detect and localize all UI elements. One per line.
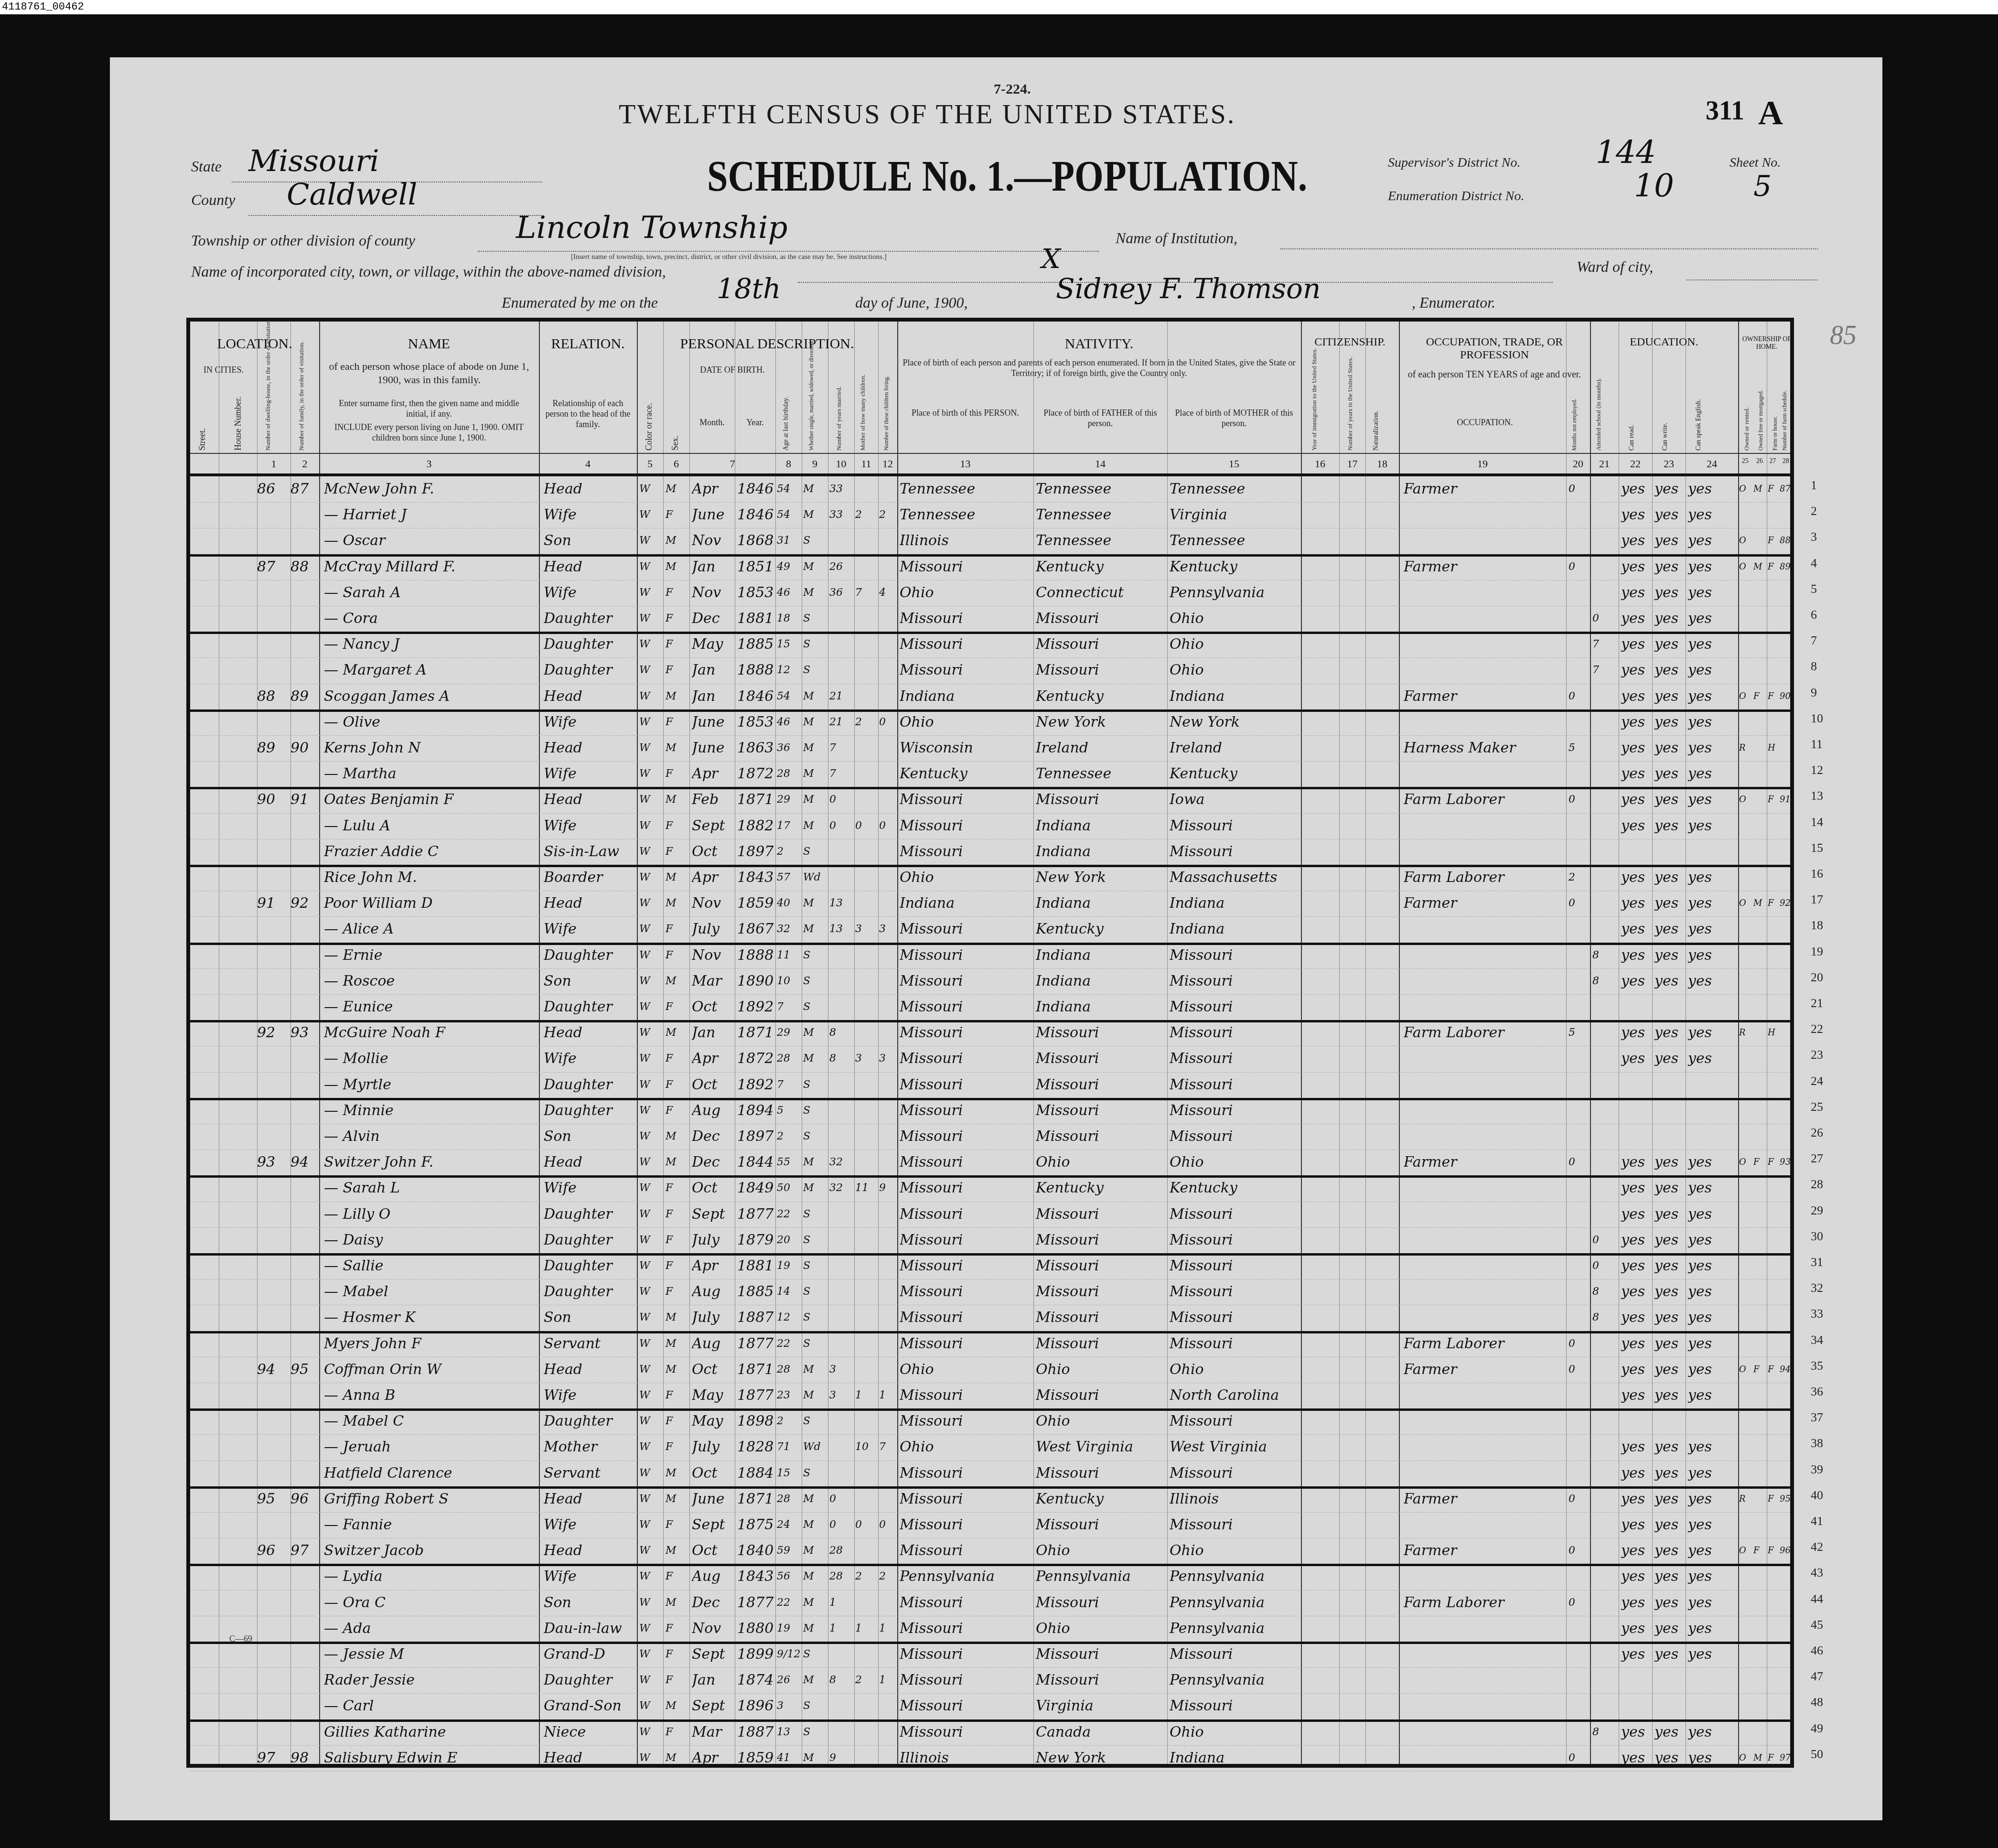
table-row: — SallieDaughterWFApr188119SMissouriMiss… xyxy=(190,1253,1790,1279)
cell-year: 1881 xyxy=(737,606,775,632)
cell-name: — Minnie xyxy=(324,1098,539,1124)
col-num-18: 18 xyxy=(1365,458,1399,470)
cell-color: W xyxy=(639,891,663,916)
line-number: 47 xyxy=(1811,1669,1823,1684)
cell-ms: S xyxy=(803,1408,828,1434)
cell-pb: Missouri xyxy=(900,1150,1033,1175)
cell-ms: S xyxy=(803,943,828,968)
cell-eng: yes xyxy=(1688,1227,1736,1253)
cell-fam: 89 xyxy=(290,684,319,709)
cell-sex: F xyxy=(666,502,689,528)
cell-write: yes xyxy=(1654,632,1686,657)
cell-occ: Farmer xyxy=(1404,554,1566,580)
cell-color: W xyxy=(639,994,663,1020)
cell-age: 23 xyxy=(777,1383,802,1408)
house-number-label: House Number. xyxy=(233,379,243,451)
cell-sex: F xyxy=(666,1512,689,1538)
cell-write: yes xyxy=(1654,1202,1686,1227)
form-number: 7-224. xyxy=(994,81,1031,97)
cell-name: — Mabel xyxy=(324,1279,539,1305)
cell-write: yes xyxy=(1654,865,1686,891)
col-num-13: 13 xyxy=(897,458,1033,470)
cell-write: yes xyxy=(1654,1564,1686,1590)
cell-occ: Farmer xyxy=(1404,891,1566,916)
cell-ms: Wd xyxy=(803,1434,828,1460)
cell-month: July xyxy=(692,916,735,942)
cell-mc: 1 xyxy=(855,1383,878,1408)
cell-rel: Son xyxy=(544,968,637,994)
cell-pb: Ohio xyxy=(900,1434,1033,1460)
line-number: 49 xyxy=(1811,1721,1823,1736)
col-num-12: 12 xyxy=(878,458,897,470)
cell-year: 1890 xyxy=(737,968,775,994)
cell-age: 29 xyxy=(777,787,802,813)
cell-age: 26 xyxy=(777,1667,802,1693)
cell-sex: M xyxy=(666,1357,689,1383)
cell-read: yes xyxy=(1621,1461,1652,1486)
cell-month: Aug xyxy=(692,1331,735,1357)
cell-fb: Tennessee xyxy=(1036,476,1167,502)
cell-fb: Missouri xyxy=(1036,632,1167,657)
cell-ms: M xyxy=(803,1383,828,1408)
cell-name: — Roscoe xyxy=(324,968,539,994)
cell-read: yes xyxy=(1621,761,1652,787)
cell-ym: 32 xyxy=(829,1175,854,1201)
cell-mb: Pennsylvania xyxy=(1170,580,1301,606)
cell-color: W xyxy=(639,1564,663,1590)
cell-ym: 1 xyxy=(829,1616,854,1642)
cell-sch: 8 xyxy=(1592,943,1619,968)
supervisor-value: 144 xyxy=(1596,134,1656,171)
table-row: — Lulu AWifeWFSept188217M000MissouriIndi… xyxy=(190,813,1790,839)
table-row: — DaisyDaughterWFJuly187920SMissouriMiss… xyxy=(190,1227,1790,1256)
cell-year: 1871 xyxy=(737,787,775,813)
cell-sex: F xyxy=(666,632,689,657)
cell-read: yes xyxy=(1621,916,1652,942)
cell-ym: 33 xyxy=(829,502,854,528)
cell-fh: F xyxy=(1768,1745,1779,1771)
cell-fam: 96 xyxy=(290,1486,319,1512)
cell-year: 1884 xyxy=(737,1461,775,1486)
cell-rel: Head xyxy=(544,1745,637,1771)
cell-cl: 1 xyxy=(879,1383,897,1408)
cell-farm: 96 xyxy=(1780,1538,1795,1564)
cell-month: Apr xyxy=(692,761,735,787)
cell-rel: Grand-Son xyxy=(544,1693,637,1719)
cell-age: 31 xyxy=(777,528,802,554)
cell-mne: 0 xyxy=(1568,891,1590,916)
cell-pb: Missouri xyxy=(900,787,1033,813)
table-row: Rice John M.BoarderWMApr184357WdOhioNew … xyxy=(190,865,1790,891)
cell-write: yes xyxy=(1654,554,1686,580)
line-number: 21 xyxy=(1811,996,1823,1010)
cell-color: W xyxy=(639,1279,663,1305)
cell-fb: Tennessee xyxy=(1036,761,1167,787)
cell-pb: Missouri xyxy=(900,1279,1033,1305)
cell-ms: M xyxy=(803,1538,828,1564)
farm-house-label: Farm or house. xyxy=(1772,384,1779,451)
cell-pb: Missouri xyxy=(900,1175,1033,1201)
cell-ms: M xyxy=(803,1512,828,1538)
cell-ym: 1 xyxy=(829,1590,854,1616)
cell-rel: Daughter xyxy=(544,1202,637,1227)
cell-color: W xyxy=(639,1693,663,1719)
cell-write: yes xyxy=(1654,787,1686,813)
cell-color: W xyxy=(639,1461,663,1486)
cell-name: — Alice A xyxy=(324,916,539,942)
cell-write: yes xyxy=(1654,1227,1686,1253)
cell-year: 1863 xyxy=(737,735,775,761)
cell-age: 12 xyxy=(777,657,802,683)
cell-write: yes xyxy=(1654,1538,1686,1564)
cell-ms: M xyxy=(803,891,828,916)
cell-month: Apr xyxy=(692,1046,735,1072)
table-row: — Lilly ODaughterWFSept187722SMissouriMi… xyxy=(190,1202,1790,1228)
cell-age: 13 xyxy=(777,1719,802,1745)
cell-ms: S xyxy=(803,968,828,994)
cell-year: 1892 xyxy=(737,1072,775,1098)
cell-mne: 0 xyxy=(1568,1357,1590,1383)
cell-sex: M xyxy=(666,1745,689,1771)
line-number: 2 xyxy=(1811,504,1817,518)
cell-ym: 3 xyxy=(829,1357,854,1383)
institution-line xyxy=(1280,248,1818,249)
cell-mb: Kentucky xyxy=(1170,761,1301,787)
cell-ym: 0 xyxy=(829,1512,854,1538)
day-of-june-label: day of June, 1900, xyxy=(855,294,968,312)
cell-ms: M xyxy=(803,476,828,502)
cell-color: W xyxy=(639,1357,663,1383)
cell-write: yes xyxy=(1654,709,1686,735)
cell-month: Oct xyxy=(692,1357,735,1383)
cell-ms: S xyxy=(803,632,828,657)
cell-sex: F xyxy=(666,1408,689,1434)
cell-pb: Illinois xyxy=(900,1745,1033,1771)
cell-color: W xyxy=(639,761,663,787)
cell-write: yes xyxy=(1654,1461,1686,1486)
cell-month: Sept xyxy=(692,1202,735,1227)
table-row: — Nancy JDaughterWFMay188515SMissouriMis… xyxy=(190,632,1790,658)
cell-year: 1843 xyxy=(737,1564,775,1590)
cell-age: 2 xyxy=(777,839,802,865)
cell-ms: M xyxy=(803,1564,828,1590)
cell-own: R xyxy=(1739,1020,1752,1046)
years-in-us-label: Number of years in the United States. xyxy=(1346,350,1354,451)
cell-fh: F xyxy=(1768,1486,1779,1512)
cell-cl: 4 xyxy=(879,580,897,606)
cell-read: yes xyxy=(1621,684,1652,709)
cell-mb: Tennessee xyxy=(1170,476,1301,502)
col-num-23: 23 xyxy=(1652,458,1686,470)
cell-sex: M xyxy=(666,1461,689,1486)
cell-eng: yes xyxy=(1688,1357,1736,1383)
table-row: 8889Scoggan James AHeadWMJan184654M21Ind… xyxy=(190,684,1790,712)
cell-eng: yes xyxy=(1688,787,1736,813)
cell-ym: 9 xyxy=(829,1745,854,1771)
cell-sex: F xyxy=(666,916,689,942)
cell-eng: yes xyxy=(1688,1020,1736,1046)
cell-eng: yes xyxy=(1688,606,1736,632)
cell-name: — Oscar xyxy=(324,528,539,554)
cell-fam: 94 xyxy=(290,1150,319,1175)
cell-eng: yes xyxy=(1688,1590,1736,1616)
cell-write: yes xyxy=(1654,761,1686,787)
cell-pb: Missouri xyxy=(900,1461,1033,1486)
table-row: 8788McCray Millard F.HeadWMJan185149M26M… xyxy=(190,554,1790,580)
cell-eng: yes xyxy=(1688,1486,1736,1512)
cell-mb: Missouri xyxy=(1170,1305,1301,1331)
cell-read: yes xyxy=(1621,1202,1652,1227)
cell-write: yes xyxy=(1654,1434,1686,1460)
cell-read: yes xyxy=(1621,1150,1652,1175)
cell-color: W xyxy=(639,1227,663,1253)
cell-fb: Kentucky xyxy=(1036,554,1167,580)
cell-color: W xyxy=(639,1408,663,1434)
cell-sch: 8 xyxy=(1592,1719,1619,1745)
cell-name: — Lydia xyxy=(324,1564,539,1590)
cell-ym: 21 xyxy=(829,684,854,709)
cell-ms: S xyxy=(803,1227,828,1253)
table-row: — MarthaWifeWFApr187228M7KentuckyTenness… xyxy=(190,761,1790,789)
cell-sex: M xyxy=(666,891,689,916)
cell-mb: Ohio xyxy=(1170,1719,1301,1745)
cell-sex: F xyxy=(666,1227,689,1253)
cell-pb: Missouri xyxy=(900,1227,1033,1253)
cell-mb: New York xyxy=(1170,709,1301,735)
cell-pb: Missouri xyxy=(900,1512,1033,1538)
cell-sex: F xyxy=(666,943,689,968)
cell-ym: 28 xyxy=(829,1538,854,1564)
cell-own: O xyxy=(1739,1538,1752,1564)
cell-age: 19 xyxy=(777,1616,802,1642)
cell-name: — Nancy J xyxy=(324,632,539,657)
state-value: Missouri xyxy=(248,143,379,178)
cell-fam: 92 xyxy=(290,891,319,916)
cell-write: yes xyxy=(1654,1046,1686,1072)
cell-month: June xyxy=(692,709,735,735)
cell-rel: Daughter xyxy=(544,657,637,683)
cell-fh: F xyxy=(1768,1538,1779,1564)
cell-ms: S xyxy=(803,528,828,554)
cell-sex: F xyxy=(666,813,689,839)
line-number: 46 xyxy=(1811,1644,1823,1658)
col-num-10: 10 xyxy=(828,458,854,470)
cell-sex: F xyxy=(666,606,689,632)
cell-rel: Head xyxy=(544,735,637,761)
cell-color: W xyxy=(639,657,663,683)
cell-eng: yes xyxy=(1688,528,1736,554)
group-education: EDUCATION. xyxy=(1590,336,1738,349)
cell-month: Dec xyxy=(692,606,735,632)
cell-age: 5 xyxy=(777,1098,802,1124)
cell-rel: Niece xyxy=(544,1719,637,1745)
cell-eng: yes xyxy=(1688,1331,1736,1357)
cell-mc: 2 xyxy=(855,1667,878,1693)
cell-color: W xyxy=(639,1305,663,1331)
cell-write: yes xyxy=(1654,1486,1686,1512)
cell-fam: 93 xyxy=(290,1020,319,1046)
cell-color: W xyxy=(639,1150,663,1175)
line-number: 24 xyxy=(1811,1074,1823,1088)
cell-ms: M xyxy=(803,709,828,735)
cell-eng: yes xyxy=(1688,968,1736,994)
cell-year: 1888 xyxy=(737,657,775,683)
cell-mort: F xyxy=(1753,1150,1767,1175)
cell-month: July xyxy=(692,1434,735,1460)
township-note: [Insert name of township, town, precinct… xyxy=(571,253,887,261)
table-row: 9697Switzer JacobHeadWMOct184059M28Misso… xyxy=(190,1538,1790,1566)
cell-mc: 10 xyxy=(855,1434,878,1460)
cell-name: — Daisy xyxy=(324,1227,539,1253)
line-number: 44 xyxy=(1811,1592,1823,1606)
cell-age: 50 xyxy=(777,1175,802,1201)
cell-fb: Kentucky xyxy=(1036,1175,1167,1201)
cell-ms: S xyxy=(803,1124,828,1150)
cell-age: 56 xyxy=(777,1564,802,1590)
cell-eng: yes xyxy=(1688,1564,1736,1590)
cell-month: Feb xyxy=(692,787,735,813)
cell-rel: Grand-D xyxy=(544,1642,637,1667)
cell-color: W xyxy=(639,1046,663,1072)
line-number: 38 xyxy=(1811,1436,1823,1450)
cell-pb: Missouri xyxy=(900,1616,1033,1642)
cell-pb: Missouri xyxy=(900,943,1033,968)
cell-read: yes xyxy=(1621,1434,1652,1460)
table-row: — MyrtleDaughterWFOct18927SMissouriMisso… xyxy=(190,1072,1790,1100)
cell-ms: M xyxy=(803,1590,828,1616)
col-num-27: 27 xyxy=(1767,458,1779,465)
cell-read: yes xyxy=(1621,865,1652,891)
cell-pb: Missouri xyxy=(900,1693,1033,1719)
cell-sex: F xyxy=(666,839,689,865)
cell-color: W xyxy=(639,1331,663,1357)
cell-rel: Son xyxy=(544,528,637,554)
cell-rel: Wife xyxy=(544,761,637,787)
cell-mne: 0 xyxy=(1568,1538,1590,1564)
line-number: 29 xyxy=(1811,1203,1823,1218)
line-number: 19 xyxy=(1811,945,1823,959)
cell-eng: yes xyxy=(1688,657,1736,683)
farm-schedule-label: Number of farm schedule. xyxy=(1781,350,1788,451)
cell-mb: Missouri xyxy=(1170,839,1301,865)
cell-pb: Missouri xyxy=(900,1667,1033,1693)
cell-color: W xyxy=(639,580,663,606)
col-num-19: 19 xyxy=(1399,458,1566,470)
cell-name: — Sallie xyxy=(324,1253,539,1279)
township-label: Township or other division of county xyxy=(191,232,415,249)
cell-mne: 5 xyxy=(1568,1020,1590,1046)
cell-occ: Farm Laborer xyxy=(1404,1590,1566,1616)
table-row: — MollieWifeWFApr187228M833MissouriMisso… xyxy=(190,1046,1790,1072)
cell-pb: Missouri xyxy=(900,657,1033,683)
age-label: Age at last birthday. xyxy=(783,360,790,451)
cell-mb: Missouri xyxy=(1170,1046,1301,1072)
immigration-year-label: Year of immigration to the United States… xyxy=(1311,350,1318,451)
cell-mb: Missouri xyxy=(1170,1072,1301,1098)
cell-read: yes xyxy=(1621,1227,1652,1253)
can-speak-english-label: Can speak English. xyxy=(1695,360,1703,451)
cell-age: 22 xyxy=(777,1331,802,1357)
census-title: TWELFTH CENSUS OF THE UNITED STATES. xyxy=(619,98,1235,130)
cell-name: — Fannie xyxy=(324,1512,539,1538)
cell-color: W xyxy=(639,839,663,865)
cell-farm: 97 xyxy=(1780,1745,1795,1771)
cell-sex: M xyxy=(666,476,689,502)
cell-name: — Mollie xyxy=(324,1046,539,1072)
table-row: — AlvinSonWMDec18972SMissouriMissouriMis… xyxy=(190,1124,1790,1150)
cell-sex: M xyxy=(666,1150,689,1175)
cell-age: 59 xyxy=(777,1538,802,1564)
cell-name: — Lilly O xyxy=(324,1202,539,1227)
cell-name: Poor William D xyxy=(324,891,539,916)
cell-ms: S xyxy=(803,1642,828,1667)
cell-sex: M xyxy=(666,554,689,580)
cell-color: W xyxy=(639,943,663,968)
cell-ym: 8 xyxy=(829,1046,854,1072)
cell-color: W xyxy=(639,916,663,942)
cell-mb: West Virginia xyxy=(1170,1434,1301,1460)
name-note-1: Enter surname first, then the given name… xyxy=(329,398,529,419)
cell-dw: 94 xyxy=(257,1357,290,1383)
cell-mb: Missouri xyxy=(1170,1642,1301,1667)
cell-read: yes xyxy=(1621,502,1652,528)
cell-name: Frazier Addie C xyxy=(324,839,539,865)
cell-fb: Missouri xyxy=(1036,1279,1167,1305)
cell-year: 1872 xyxy=(737,1046,775,1072)
cell-rel: Head xyxy=(544,1538,637,1564)
table-row: — AdaDau-in-lawWFNov188019M111MissouriOh… xyxy=(190,1616,1790,1644)
cell-rel: Daughter xyxy=(544,606,637,632)
cell-mb: Indiana xyxy=(1170,1745,1301,1771)
cell-ym: 7 xyxy=(829,761,854,787)
cell-color: W xyxy=(639,1590,663,1616)
cell-color: W xyxy=(639,1253,663,1279)
cell-color: W xyxy=(639,1512,663,1538)
line-number: 14 xyxy=(1811,815,1823,829)
cell-year: 1892 xyxy=(737,994,775,1020)
cell-write: yes xyxy=(1654,580,1686,606)
cell-cl: 3 xyxy=(879,916,897,942)
cell-month: Nov xyxy=(692,528,735,554)
col-num-25: 25 xyxy=(1738,458,1752,465)
cell-pb: Missouri xyxy=(900,1408,1033,1434)
cell-year: 1871 xyxy=(737,1486,775,1512)
cell-mb: Pennsylvania xyxy=(1170,1616,1301,1642)
cell-own: O xyxy=(1739,1745,1752,1771)
cell-fb: Missouri xyxy=(1036,1046,1167,1072)
cell-sex: F xyxy=(666,1616,689,1642)
cell-month: Nov xyxy=(692,943,735,968)
table-row: — Margaret ADaughterWFJan188812SMissouri… xyxy=(190,657,1790,684)
cell-read: yes xyxy=(1621,1175,1652,1201)
cell-name: Gillies Katharine xyxy=(324,1719,539,1745)
cell-write: yes xyxy=(1654,1616,1686,1642)
nativity-desc: Place of birth of each person and parent… xyxy=(902,357,1296,378)
cell-color: W xyxy=(639,1667,663,1693)
cell-rel: Daughter xyxy=(544,1408,637,1434)
children-living-label: Number of these children living. xyxy=(883,350,890,451)
cell-year: 1877 xyxy=(737,1202,775,1227)
cell-sex: M xyxy=(666,735,689,761)
enumerated-label: Enumerated by me on the xyxy=(502,294,658,312)
city-value: X xyxy=(1042,244,1061,275)
cell-month: June xyxy=(692,1486,735,1512)
cell-name: Griffing Robert S xyxy=(324,1486,539,1512)
cell-dw: 92 xyxy=(257,1020,290,1046)
cell-name: Scoggan James A xyxy=(324,684,539,709)
page-number: 311 xyxy=(1706,96,1744,126)
table-row: — Jessie MGrand-DWFSept18999/12SMissouri… xyxy=(190,1642,1790,1668)
